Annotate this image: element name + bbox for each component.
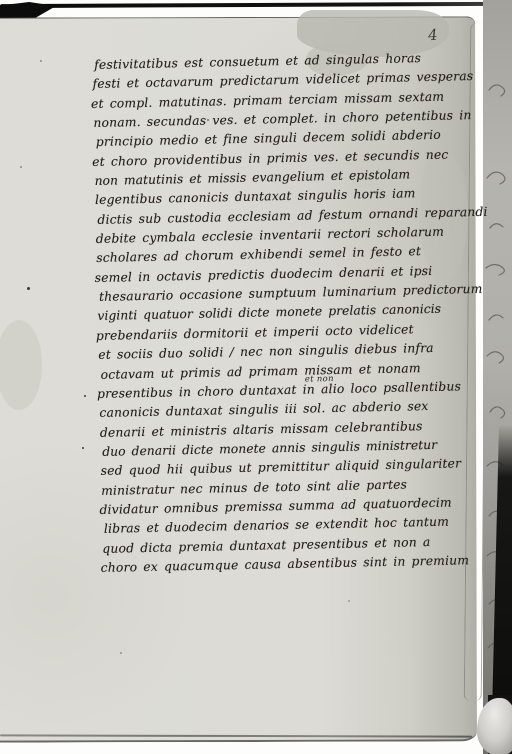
folio-number: 4 [427, 26, 438, 45]
ink-speck [207, 119, 209, 121]
ink-speck [82, 447, 84, 449]
manuscript-scan: 4 festivitatibus est consuetum et ad sin… [0, 0, 512, 754]
ink-speck [348, 600, 350, 602]
scan-top-edge-line [0, 2, 497, 8]
ink-speck [40, 60, 42, 62]
ink-speck [27, 287, 30, 290]
ink-speck [20, 166, 22, 168]
text-block: festivitatibus est consuetum et ad singu… [92, 48, 479, 578]
interlinear-insertion: et non [305, 374, 334, 385]
ink-speck [120, 652, 122, 654]
ink-speck [84, 395, 86, 397]
